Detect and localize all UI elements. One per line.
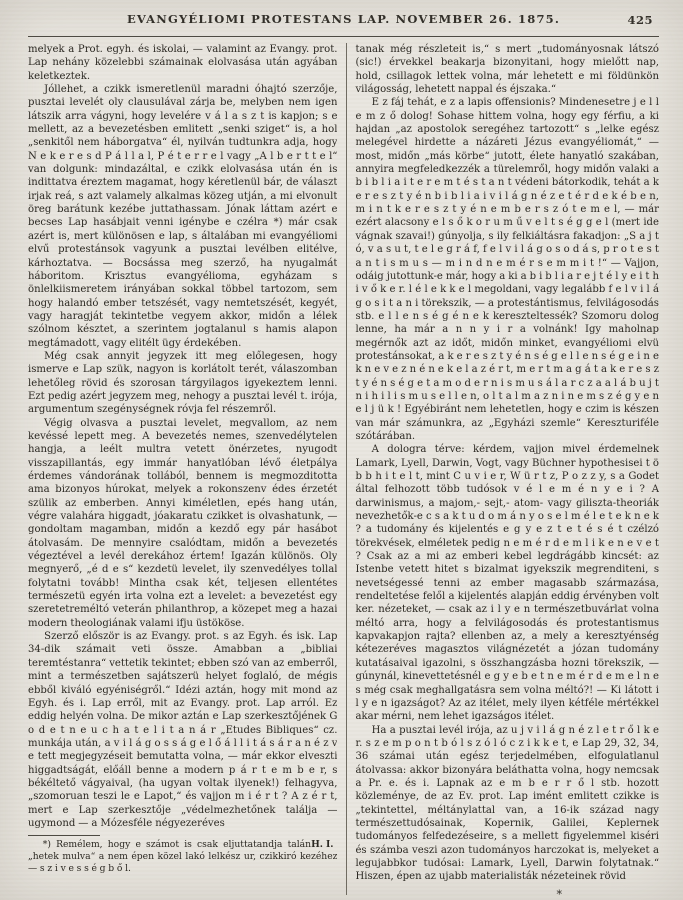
- paragraph: E z fáj tehát, e z a lapis offensionis? …: [355, 96, 659, 443]
- left-column: melyek a Prot. egyh. és iskolai, — valam…: [28, 43, 337, 895]
- footnote-rule: [28, 835, 100, 836]
- page-header: EVANGYÉLIOMI PROTESTANS LAP. NOVEMBER 26…: [28, 8, 659, 34]
- masthead-title: EVANGYÉLIOMI PROTESTANS LAP. NOVEMBER 26…: [28, 12, 659, 26]
- paragraph: melyek a Prot. egyh. és iskolai, — valam…: [28, 43, 337, 83]
- end-asterisk: *: [407, 888, 659, 895]
- footnote-signature: H. I.: [311, 839, 337, 851]
- paragraph: Jóllehet, a czikk ismeretlenül maradni ó…: [28, 83, 337, 350]
- paragraph: A dologra térve: kérdem, vajjon mivel ér…: [355, 443, 659, 723]
- paragraph: Végig olvasva a pusztai levelet, megvall…: [28, 417, 337, 631]
- header-rule: [28, 36, 659, 37]
- page-number: 425: [627, 13, 653, 27]
- paragraph: Még csak annyit jegyzek itt meg előleges…: [28, 350, 337, 417]
- paragraph: Szerző először is az Evangy. prot. s az …: [28, 630, 337, 830]
- footnote-text: *) Remélem, hogy e számot is csak eljutt…: [28, 839, 337, 874]
- scanned-page: EVANGYÉLIOMI PROTESTANS LAP. NOVEMBER 26…: [0, 0, 683, 900]
- right-column: tanak még részleteit is,“ s mert „tudomá…: [355, 43, 659, 895]
- column-divider: [346, 43, 347, 895]
- text-columns: melyek a Prot. egyh. és iskolai, — valam…: [28, 43, 659, 895]
- footnote: H. I.*) Remélem, hogy e számot is csak e…: [28, 839, 337, 875]
- paragraph: Ha a pusztai levél irója, az u j v i l á…: [355, 724, 659, 884]
- paragraph: tanak még részleteit is,“ s mert „tudomá…: [355, 43, 659, 96]
